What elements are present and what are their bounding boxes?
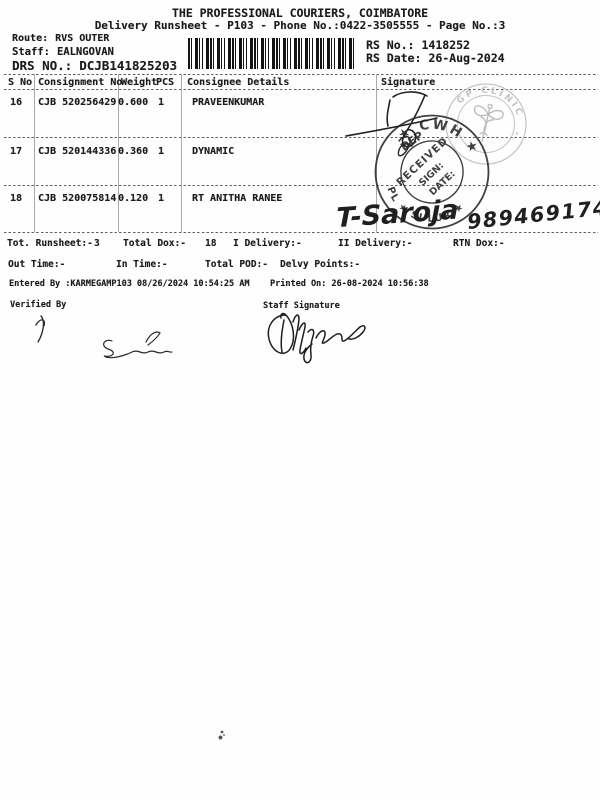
col-header-consignment: Consignment No: [38, 77, 122, 88]
total-pod-label: Total POD:-: [205, 259, 268, 270]
cell-consignment: CJB 520144336: [38, 146, 116, 157]
printed-on-line: Printed On: 26-08-2024 10:56:38: [270, 279, 429, 289]
column-rule-3: [181, 74, 182, 232]
stamp-received-text: RECEIVED: [394, 135, 450, 189]
receiver-phone-handwriting: 9894691743: [466, 194, 600, 234]
verifier-scrawl: [104, 332, 172, 358]
total-dox-label: Total Dox:-: [123, 238, 186, 249]
cell-weight: 0.360: [118, 146, 148, 157]
rs-date-value: 26-Aug-2024: [428, 51, 504, 65]
cell-pcs: 1: [158, 193, 164, 204]
cell-pcs: 1: [158, 146, 164, 157]
staff-signature-scrawl: [268, 314, 365, 363]
clinic-star-left: ★: [449, 114, 456, 123]
clinic-stamp: GP CLINIC ★ ★: [438, 76, 534, 172]
tot-runsheet-value: 3: [94, 238, 100, 249]
delivery-runsheet-document: THE PROFESSIONAL COURIERS, COIMBATORE De…: [0, 0, 600, 800]
row-divider-2: [4, 185, 598, 186]
row-divider-1: [4, 137, 598, 138]
cell-weight: 0.120: [118, 193, 148, 204]
ii-delivery-label: II Delivery:-: [338, 238, 412, 249]
total-dox-value: 18: [205, 238, 216, 249]
doc-subtitle: Delivery Runsheet - P103 - Phone No.:042…: [0, 19, 600, 32]
route-line: Route:RVS OUTER: [12, 33, 109, 44]
stamp-side-word: DEP: [398, 129, 426, 154]
cell-consignee: RT ANITHA RANEE: [192, 193, 282, 204]
column-rule-1: [34, 74, 35, 232]
table-header-rule: [4, 89, 598, 90]
cell-pcs: 1: [158, 97, 164, 108]
cell-consignee: DYNAMIC: [192, 146, 234, 157]
delvy-points-label: Delvy Points:-: [280, 259, 360, 270]
in-time-label: In Time:-: [116, 259, 167, 270]
rs-barcode: [188, 38, 355, 69]
ink-speck: [219, 731, 225, 740]
cell-sno: 18: [10, 193, 22, 204]
cell-consignment: CJB 520075814: [38, 193, 116, 204]
table-top-rule: [4, 74, 598, 75]
route-value: RVS OUTER: [55, 33, 109, 44]
i-delivery-label: I Delivery:-: [233, 238, 302, 249]
rs-no-value: 1418252: [421, 38, 469, 52]
staff-line: Staff:EALNGOVAN: [12, 46, 114, 58]
row16-signature-scrawl: [346, 92, 437, 147]
stamp-top-arc-text: ★ CWH ★: [393, 109, 488, 160]
cell-consignee: PRAVEENKUMAR: [192, 97, 264, 108]
out-time-label: Out Time:-: [8, 259, 65, 270]
staff-label: Staff:: [12, 46, 50, 58]
annotations-overlay: GP CLINIC ★ ★ ★ CWH ★ DTMPL ★ SULUR ★ CB…: [0, 0, 600, 800]
clinic-arc-text: GP CLINIC: [454, 79, 530, 121]
col-header-sno: S No: [8, 77, 32, 88]
col-header-pcs: PCS: [156, 77, 174, 88]
cell-sno: 16: [10, 97, 22, 108]
table-bottom-rule: [4, 232, 598, 233]
col-header-consignee: Consignee Details: [187, 77, 289, 88]
drs-line: DRS NO.:DCJB141825203: [12, 58, 177, 73]
tot-runsheet-label: Tot. Runsheet:-: [7, 238, 93, 249]
svg-text:★ CWH ★: ★ CWH ★: [393, 109, 488, 160]
caduceus-icon: [468, 101, 505, 145]
staff-signature-label: Staff Signature: [263, 301, 340, 311]
rs-no-label: RS No.:: [366, 38, 414, 52]
rtn-dox-label: RTN Dox:-: [453, 238, 504, 249]
entered-by-line: Entered By :KARMEGAMP103 08/26/2024 10:5…: [9, 279, 250, 289]
cell-sno: 17: [10, 146, 22, 157]
cell-weight: 0.600: [118, 97, 148, 108]
verified-by-mark: [36, 316, 44, 342]
col-header-weight: Weight: [121, 77, 157, 88]
drs-value: DCJB141825203: [79, 58, 177, 73]
stamp-date-text: DATE:: [427, 169, 457, 198]
rs-no-line: RS No.:1418252: [366, 38, 470, 52]
receiver-name-handwriting: T-Saroja: [336, 195, 458, 235]
column-rule-4: [376, 74, 377, 232]
route-label: Route:: [12, 33, 48, 44]
staff-value: EALNGOVAN: [57, 46, 114, 58]
rs-date-label: RS Date:: [366, 51, 421, 65]
cell-consignment: CJB 520256429: [38, 97, 116, 108]
stamp-scribble: [398, 136, 412, 155]
rs-date-line: RS Date:26-Aug-2024: [366, 51, 505, 65]
svg-text:GP CLINIC: GP CLINIC: [454, 79, 530, 121]
verified-by-label: Verified By: [10, 300, 66, 310]
col-header-signature: Signature: [381, 77, 435, 88]
drs-label: DRS NO.:: [12, 58, 72, 73]
